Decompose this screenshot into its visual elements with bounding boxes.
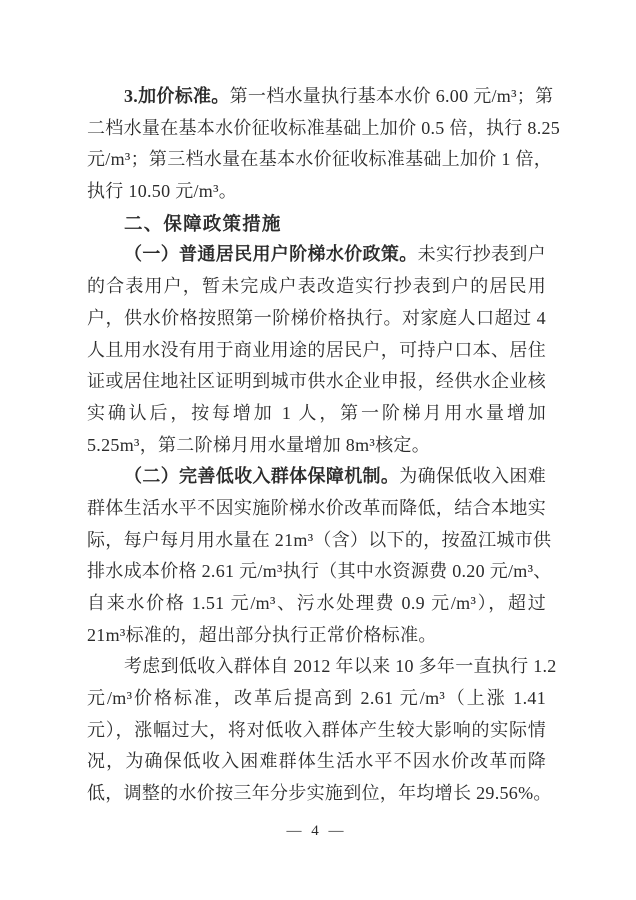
text-segment: 低，调整的水价按三年分步实施到位，年均增长 29.56%。 <box>87 783 552 803</box>
text-line: 二档水量在基本水价征收标准基础上加价 0.5 倍，执行 8.25 <box>87 113 546 145</box>
text-segment: 第一档水量执行基本水价 6.00 元/m³；第 <box>230 86 554 106</box>
text-segment: 为确保低收入困难 <box>399 466 546 486</box>
text-segment: 自来水价格 1.51 元/m³、污水处理费 0.9 元/m³），超过 <box>87 593 546 613</box>
text-line: 证或居住地社区证明到城市供水企业申报，经供水企业核 <box>87 366 546 398</box>
section-heading: 二、保障政策措施 <box>87 208 546 240</box>
text-segment: 二、保障政策措施 <box>124 213 282 234</box>
text-line: 元/m³；第三档水量在基本水价征收标准基础上加价 1 倍， <box>87 144 546 176</box>
text-segment: 21m³标准的，超出部分执行正常价格标准。 <box>87 625 437 645</box>
text-segment: 况，为确保低收入困难群体生活水平不因水价改革而降 <box>87 751 546 771</box>
text-segment: 证或居住地社区证明到城市供水企业申报，经供水企业核 <box>87 371 546 391</box>
text-line: 3.加价标准。第一档水量执行基本水价 6.00 元/m³；第 <box>87 81 546 113</box>
text-line: 自来水价格 1.51 元/m³、污水处理费 0.9 元/m³），超过 <box>87 588 546 620</box>
text-line: 实确认后，按每增加 1 人，第一阶梯月用水量增加 <box>87 398 546 430</box>
document-page: 3.加价标准。第一档水量执行基本水价 6.00 元/m³；第二档水量在基本水价征… <box>0 0 636 900</box>
text-segment: 元/m³价格标准，改革后提高到 2.61 元/m³（上涨 1.41 <box>87 688 546 708</box>
text-segment: 二档水量在基本水价征收标准基础上加价 0.5 倍，执行 8.25 <box>87 118 560 138</box>
text-line: 5.25m³，第二阶梯月用水量增加 8m³核定。 <box>87 430 546 462</box>
text-segment: 未实行抄表到户 <box>418 244 546 264</box>
text-segment: 实确认后，按每增加 1 人，第一阶梯月用水量增加 <box>87 403 546 423</box>
text-line: 人且用水没有用于商业用途的居民户，可持户口本、居住 <box>87 335 546 367</box>
text-line: 况，为确保低收入困难群体生活水平不因水价改革而降 <box>87 746 546 778</box>
text-segment: 的合表用户，暂未完成户表改造实行抄表到户的居民用 <box>87 276 546 296</box>
text-segment: 3.加价标准。 <box>124 86 230 106</box>
text-segment: 考虑到低收入群体自 2012 年以来 10 多年一直执行 1.2 <box>124 656 557 676</box>
text-segment: 元），涨幅过大，将对低收入群体产生较大影响的实际情 <box>87 720 546 740</box>
text-line: 群体生活水平不因实施阶梯水价改革而降低，结合本地实 <box>87 493 546 525</box>
text-segment: 执行 10.50 元/m³。 <box>87 181 237 201</box>
text-line: 的合表用户，暂未完成户表改造实行抄表到户的居民用 <box>87 271 546 303</box>
text-line: 执行 10.50 元/m³。 <box>87 176 546 208</box>
text-line: 排水成本价格 2.61 元/m³执行（其中水资源费 0.20 元/m³、 <box>87 556 546 588</box>
page-number: — 4 — <box>87 823 546 840</box>
text-segment: 群体生活水平不因实施阶梯水价改革而降低，结合本地实 <box>87 498 546 518</box>
document-body: 3.加价标准。第一档水量执行基本水价 6.00 元/m³；第二档水量在基本水价征… <box>87 81 546 810</box>
text-segment: 户，供水价格按照第一阶梯价格执行。对家庭人口超过 4 <box>87 308 546 328</box>
text-line: （一）普通居民用户阶梯水价政策。未实行抄表到户 <box>87 239 546 271</box>
text-segment: （二）完善低收入群体保障机制。 <box>124 466 399 486</box>
text-segment: 5.25m³，第二阶梯月用水量增加 8m³核定。 <box>87 435 430 455</box>
text-line: 低，调整的水价按三年分步实施到位，年均增长 29.56%。 <box>87 778 546 810</box>
text-line: （二）完善低收入群体保障机制。为确保低收入困难 <box>87 461 546 493</box>
text-segment: 人且用水没有用于商业用途的居民户，可持户口本、居住 <box>87 340 546 360</box>
text-segment: 元/m³；第三档水量在基本水价征收标准基础上加价 1 倍， <box>87 149 552 169</box>
text-segment: 际，每户每月用水量在 21m³（含）以下的，按盈江城市供 <box>87 530 551 550</box>
text-line: 际，每户每月用水量在 21m³（含）以下的，按盈江城市供 <box>87 525 546 557</box>
text-line: 元/m³价格标准，改革后提高到 2.61 元/m³（上涨 1.41 <box>87 683 546 715</box>
text-segment: 排水成本价格 2.61 元/m³执行（其中水资源费 0.20 元/m³、 <box>87 561 552 581</box>
text-segment: （一）普通居民用户阶梯水价政策。 <box>124 244 418 264</box>
text-line: 元），涨幅过大，将对低收入群体产生较大影响的实际情 <box>87 715 546 747</box>
text-line: 21m³标准的，超出部分执行正常价格标准。 <box>87 620 546 652</box>
text-line: 户，供水价格按照第一阶梯价格执行。对家庭人口超过 4 <box>87 303 546 335</box>
text-line: 考虑到低收入群体自 2012 年以来 10 多年一直执行 1.2 <box>87 651 546 683</box>
